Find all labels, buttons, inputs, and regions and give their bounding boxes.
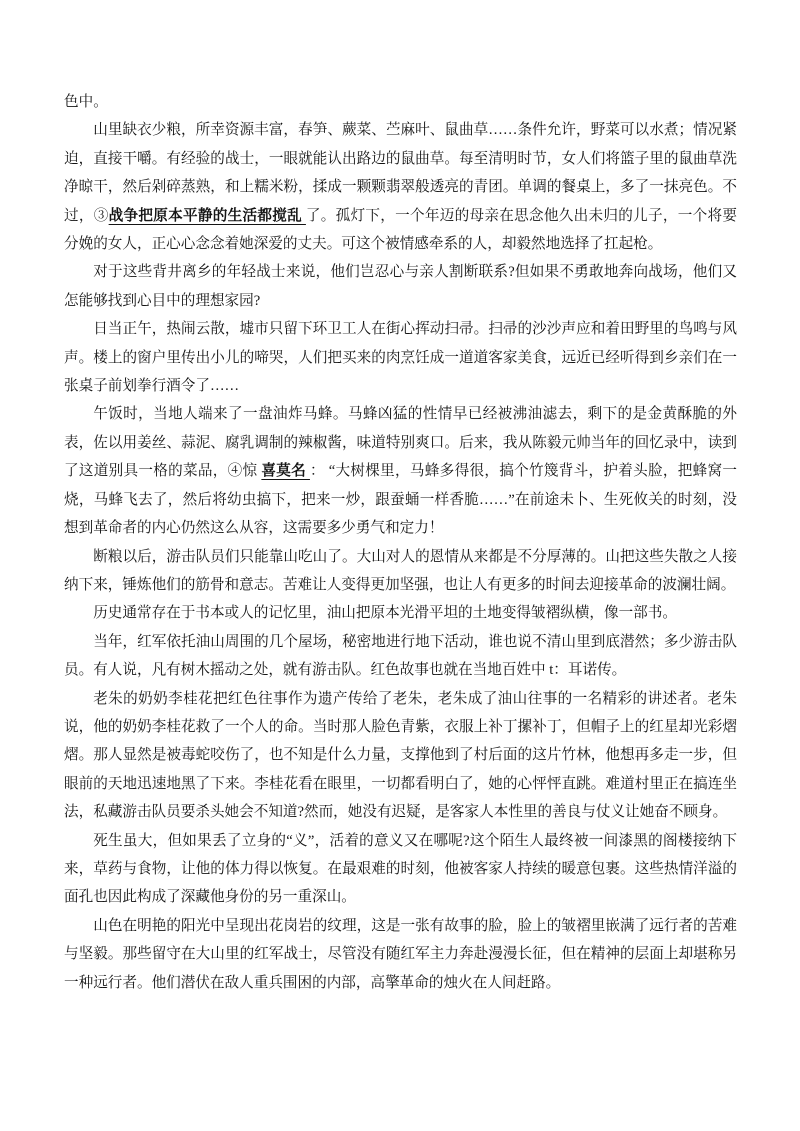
- body-text: 山色在明艳的阳光中呈现出花岗岩的纹理，这是一张有故事的脸，脸上的皱褶里嵌满了远行…: [64, 918, 737, 991]
- paragraph-1: 山里缺衣少粮，所幸资源丰富，春笋、蕨菜、苎麻叶、鼠曲草……条件允许，野菜可以水煮…: [64, 116, 737, 258]
- paragraph-6: 历史通常存在于书本或人的记忆里，油山把原本光滑平坦的土地变得皱褶纵横，像一部书。: [64, 599, 737, 627]
- paragraph-3: 日当正午，热闹云散，墟市只留下环卫工人在街心挥动扫帚。扫帚的沙沙声应和着田野里的…: [64, 315, 737, 400]
- body-text: 断粮以后，游击队员们只能靠山吃山了。大山对人的恩情从来都是不分厚薄的。山把这些失…: [64, 549, 737, 593]
- paragraph-10: 山色在明艳的阳光中呈现出花岗岩的纹理，这是一张有故事的脸，脸上的皱褶里嵌满了远行…: [64, 912, 737, 997]
- body-text: 色中。: [64, 94, 108, 110]
- paragraph-7: 当年，红军依托油山周围的几个屋场，秘密地进行地下活动，谁也说不清山里到底潜然；多…: [64, 628, 737, 685]
- body-text: 日当正午，热闹云散，墟市只留下环卫工人在街心挥动扫帚。扫帚的沙沙声应和着田野里的…: [64, 321, 737, 394]
- body-text: 历史通常存在于书本或人的记忆里，油山把原本光滑平坦的土地变得皱褶纵横，像一部书。: [93, 605, 677, 621]
- document-body: 色中。山里缺衣少粮，所幸资源丰富，春笋、蕨菜、苎麻叶、鼠曲草……条件允许，野菜可…: [64, 88, 737, 997]
- paragraph-9: 死生虽大，但如果丢了立身的“义”，活着的意义又在哪呢?这个陌生人最终被一间漆黑的…: [64, 827, 737, 912]
- body-text: 老朱的奶奶李桂花把红色往事作为遗产传给了老朱，老朱成了油山往事的一名精彩的讲述者…: [64, 691, 737, 821]
- paragraph-2: 对于这些背井离乡的年轻战士来说，他们岂忍心与亲人割断联系?但如果不勇敢地奔向战场…: [64, 258, 737, 315]
- emphasized-text: 喜莫名: [261, 463, 310, 479]
- body-text: 当年，红军依托油山周围的几个屋场，秘密地进行地下活动，谁也说不清山里到底潜然；多…: [64, 634, 737, 678]
- body-text: 死生虽大，但如果丢了立身的“义”，活着的意义又在哪呢?这个陌生人最终被一间漆黑的…: [64, 833, 737, 906]
- paragraph-5: 断粮以后，游击队员们只能靠山吃山了。大山对人的恩情从来都是不分厚薄的。山把这些失…: [64, 543, 737, 600]
- paragraph-0: 色中。: [64, 88, 737, 116]
- paragraph-4: 午饭时，当地人端来了一盘油炸马蜂。马蜂凶猛的性情早已经被沸油滤去，剩下的是金黄酥…: [64, 400, 737, 542]
- document-page: 色中。山里缺衣少粮，所幸资源丰富，春笋、蕨菜、苎麻叶、鼠曲草……条件允许，野菜可…: [0, 0, 800, 1131]
- paragraph-8: 老朱的奶奶李桂花把红色往事作为遗产传给了老朱，老朱成了油山往事的一名精彩的讲述者…: [64, 685, 737, 827]
- body-text: 对于这些背井离乡的年轻战士来说，他们岂忍心与亲人割断联系?但如果不勇敢地奔向战场…: [64, 264, 737, 308]
- emphasized-text: 战争把原本平静的生活都搅乱: [109, 208, 306, 224]
